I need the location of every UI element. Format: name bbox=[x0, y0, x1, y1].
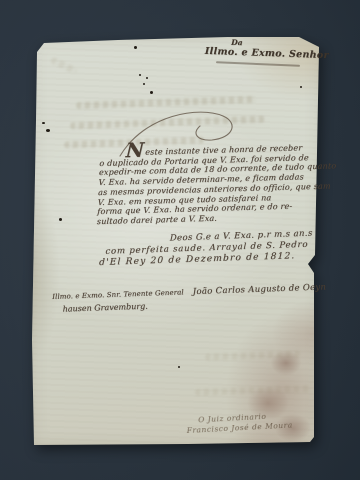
ink-speck bbox=[139, 74, 141, 76]
ink-speck bbox=[42, 122, 45, 124]
ink-speck bbox=[300, 86, 302, 88]
addressee: Illmo. e Exmo. Snr. Tenente General bbox=[52, 288, 184, 301]
ink-speck bbox=[146, 77, 148, 79]
header-salutation-block: Da Illmo. e Exmo. Senhor bbox=[205, 37, 330, 61]
body-paragraph: Neste instante tive a honra de receber o… bbox=[97, 141, 322, 227]
ink-speck bbox=[59, 218, 62, 221]
ink-speck bbox=[46, 129, 50, 132]
ink-speck bbox=[178, 366, 180, 368]
ink-speck bbox=[134, 46, 137, 49]
manuscript-photo: Da Illmo. e Exmo. Senhor Neste instante … bbox=[0, 0, 360, 480]
ink-speck bbox=[150, 91, 153, 94]
ink-speck bbox=[143, 83, 145, 85]
